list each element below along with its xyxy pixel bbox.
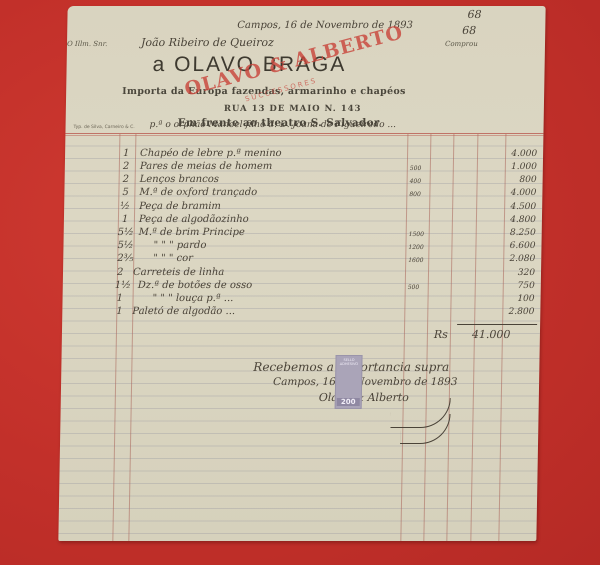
reference-mark: 68 [462,24,476,37]
reference-mark: 68 [467,8,481,21]
total-amount: 41.000 [472,328,511,341]
header-rule [65,135,543,136]
revenue-stamp: SELLO ADHESIVO 200 [335,355,363,409]
total-rule [457,324,537,325]
receipt-place-date: Campos, 16 de Novembro de 1893 [273,376,458,388]
reference-line: p.ª o orphão Manoel filho d. D. Joana de… [150,120,397,130]
total-label: Rs [434,328,448,341]
bought-label: Comprou [445,40,478,48]
customer-name: João Ribeiro de Queiroz [141,36,274,49]
invoice-document: Campos, 16 de Novembro de 1893 68 68 O I… [58,6,545,541]
salutation: O Illm. Snr. [67,40,108,48]
header-rule [65,133,543,134]
printer-credit: Typ. de Silva, Carneiro & C. [74,125,135,130]
address: RUA 13 DE MAIO N. 143 [224,104,362,114]
